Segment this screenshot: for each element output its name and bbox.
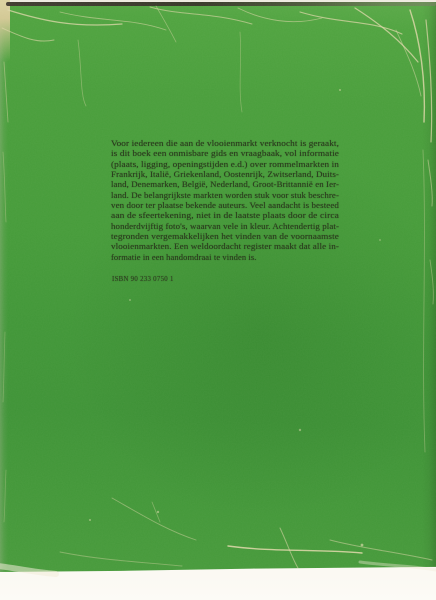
book-back-cover [0,2,436,572]
blurb-line-text: Frankrijk, Italië, Griekenland, Oostenri… [111,169,339,179]
blurb-line: formatie in een handomdraai te vinden is… [111,252,339,262]
blurb-line: Voor iedereen die aan de vlooienmarkt ve… [111,138,339,148]
blurb-line-text: vlooienmarkten. Een weldoordacht registe… [111,241,339,251]
blurb-line-text: land. De belangrijkste markten worden st… [111,190,339,200]
worn-top-left-corner [0,0,10,62]
blurb-line: ven door ter plaatse bekende auteurs. Ve… [111,200,339,210]
blurb-line-text: aan de sfeertekening, niet in de laatste… [111,210,339,220]
blurb-line: aan de sfeertekening, niet in de laatste… [111,210,339,220]
blurb-line: land. De belangrijkste markten worden st… [111,190,339,200]
isbn-text: ISBN 90 233 0750 1 [112,276,174,283]
blurb-text-block: Voor iedereen die aan de vlooienmarkt ve… [111,138,339,262]
blurb-line-text: formatie in een handomdraai te vinden is… [111,252,256,262]
blurb-line: is dit boek een onmisbare gids en vraagb… [111,148,339,158]
blurb-line-text: ven door ter plaatse bekende auteurs. Ve… [111,200,339,210]
blurb-line-text: land, Denemarken, België, Nederland, Gro… [111,179,339,189]
blurb-line-text: (plaats, ligging, openingstijden e.d.) o… [111,159,339,169]
blurb-line-text: Voor iedereen die aan de vlooienmarkt ve… [111,138,339,148]
blurb-line: vlooienmarkten. Een weldoordacht registe… [111,241,339,251]
blurb-line-text: is dit boek een onmisbare gids en vraagb… [111,148,339,158]
scanned-book-back-cover: Voor iedereen die aan de vlooienmarkt ve… [0,0,436,600]
book-top-edge-shadow [6,2,436,6]
blurb-line: tegronden vergemakkelijken het vinden va… [111,231,339,241]
blurb-line: land, Denemarken, België, Nederland, Gro… [111,179,339,189]
blurb-line: (plaats, ligging, openingstijden e.d.) o… [111,159,339,169]
blurb-line: Frankrijk, Italië, Griekenland, Oostenri… [111,169,339,179]
blurb-line-text: tegronden vergemakkelijken het vinden va… [111,231,339,241]
blurb-line-text: honderdvijftig foto's, waarvan vele in k… [111,221,339,231]
blurb-line: honderdvijftig foto's, waarvan vele in k… [111,221,339,231]
